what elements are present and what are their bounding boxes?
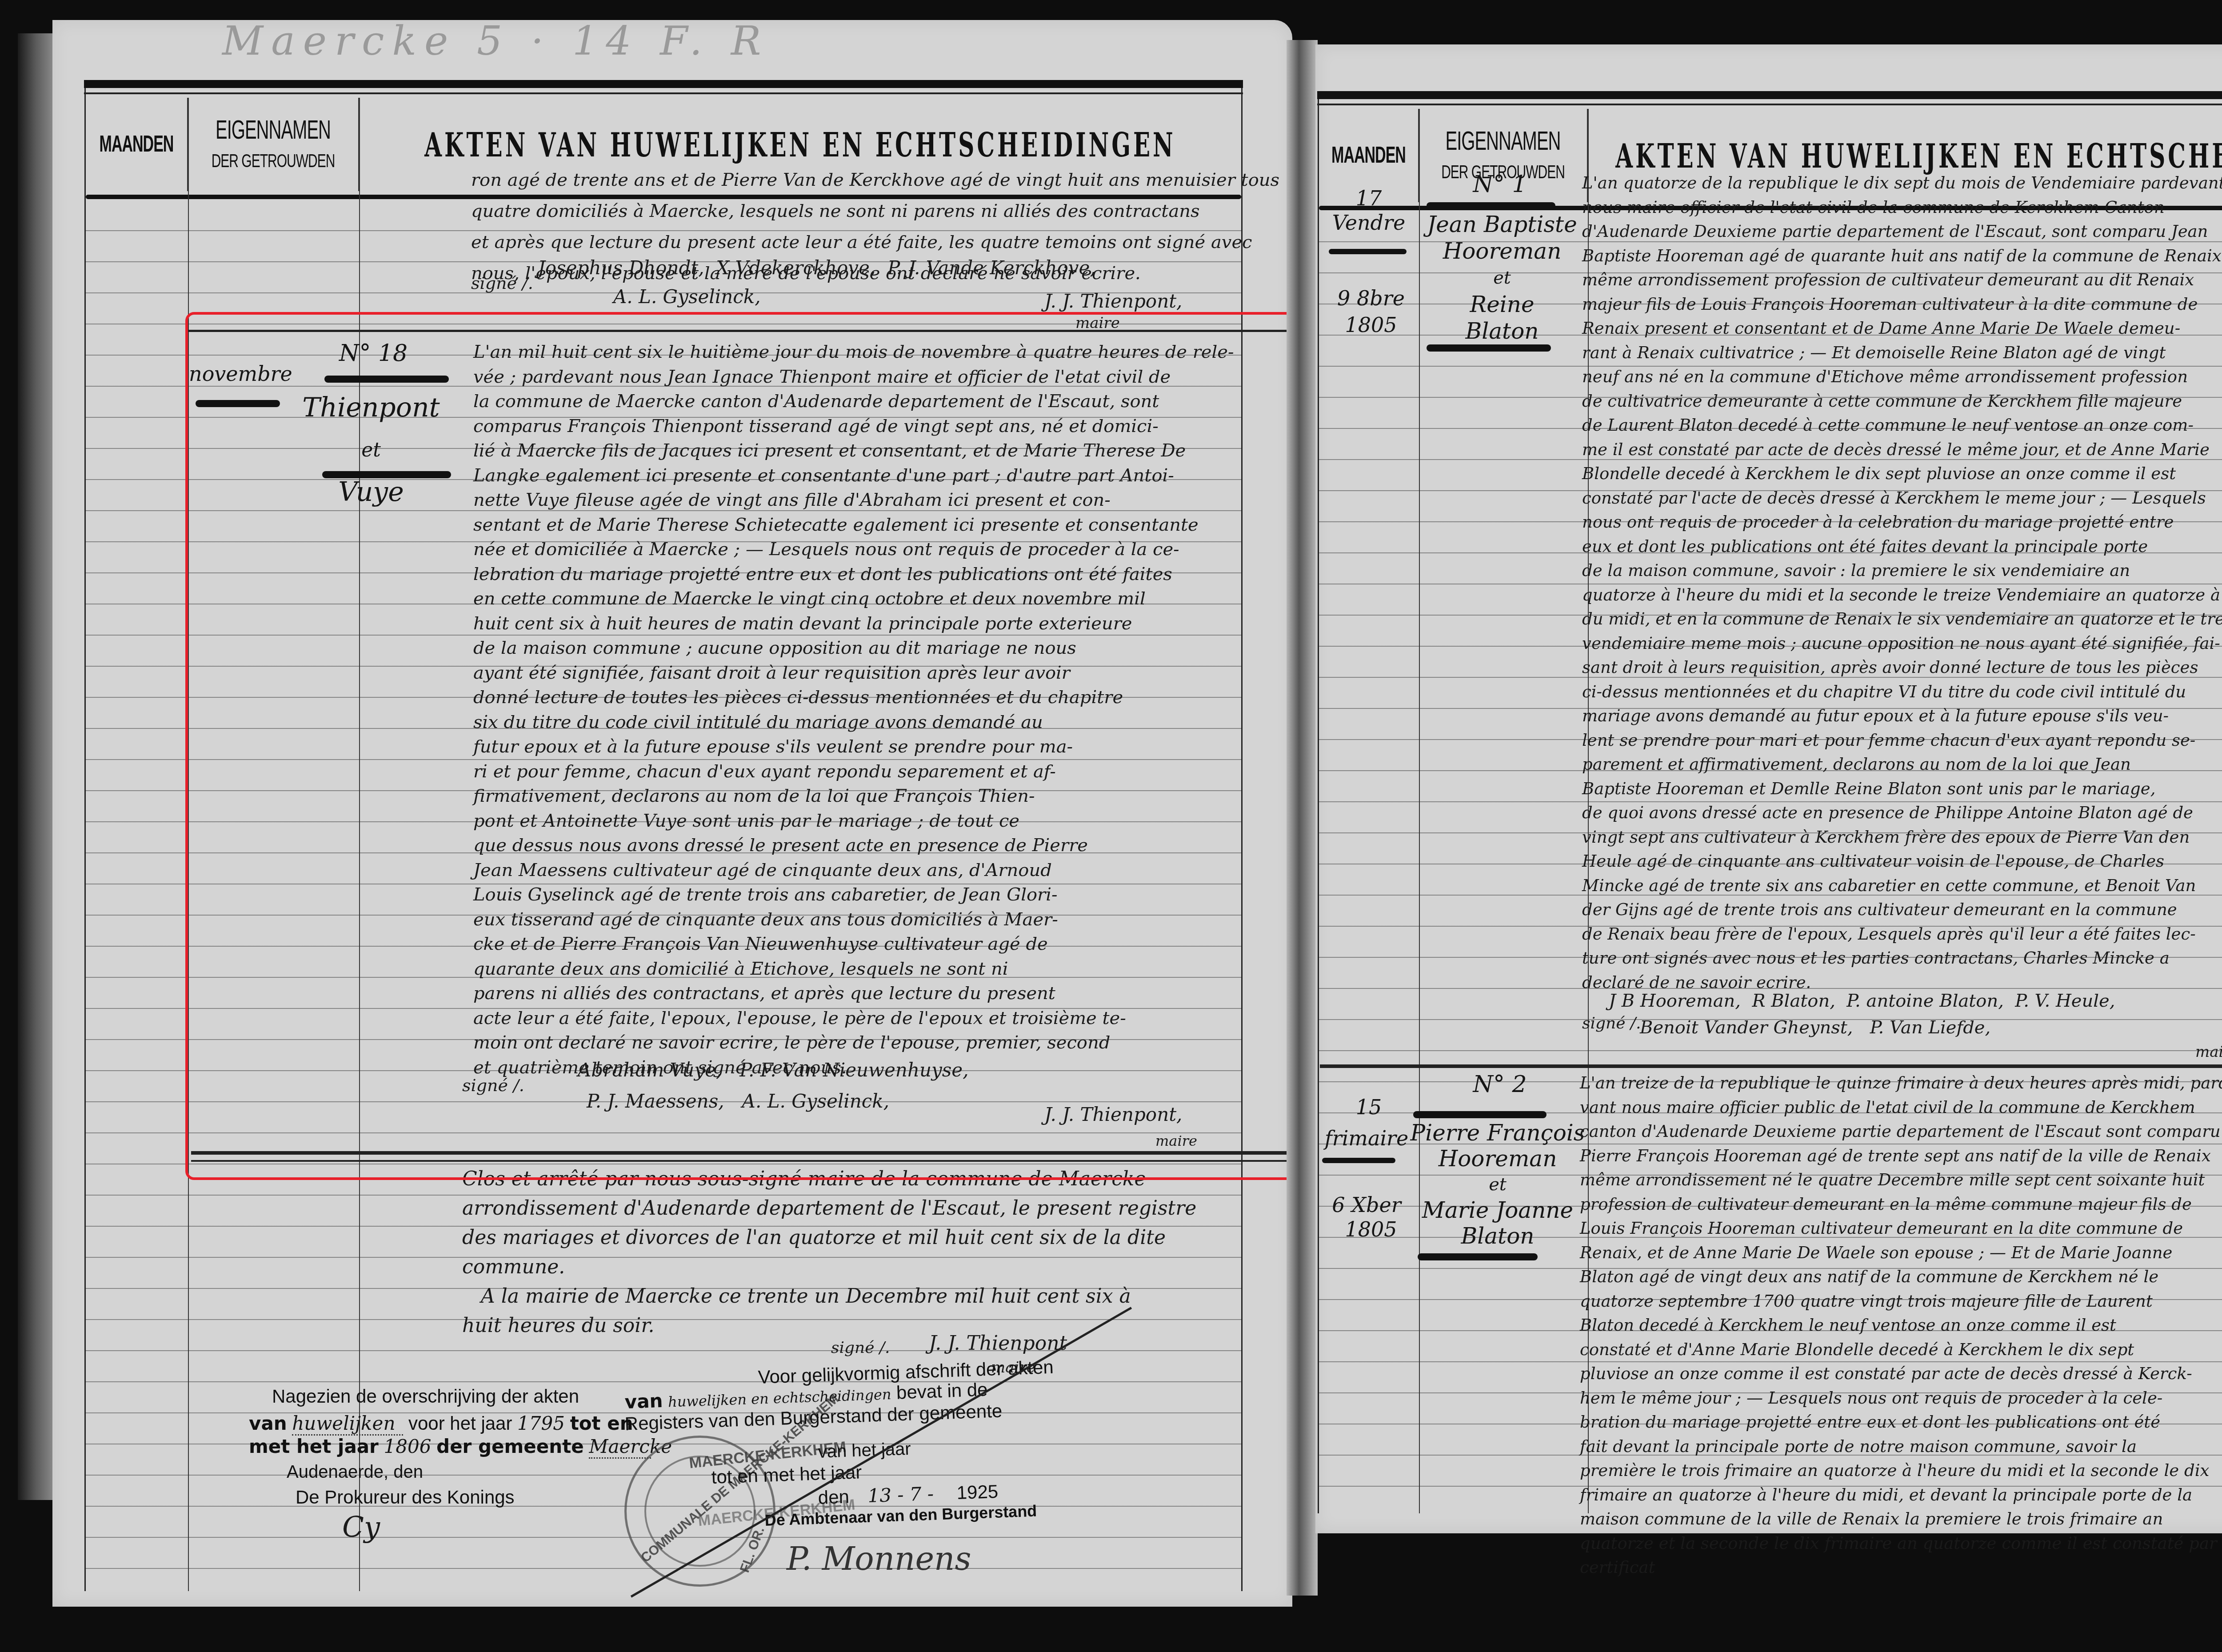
bride-surname: Blaton	[1418, 318, 1587, 344]
entry-2-text: L'an treize de la republique le quinze f…	[1580, 1071, 2222, 1580]
cert-left-place: Audenaerde, den	[287, 1462, 423, 1482]
register-title: AKTEN VAN HUWELIJKEN EN ECHTSCHEIDINGEN	[1615, 136, 2222, 176]
cert-right-signature: P. Monnens	[787, 1542, 971, 1576]
groom-surname: Hooreman	[1409, 1146, 1587, 1172]
pencil-annotation: Maercke 5 · 14 F. R	[222, 18, 769, 64]
header-top-rule	[1317, 91, 2222, 105]
month-underline	[1322, 1158, 1395, 1163]
entry-1-text: L'an quatorze de la republique le dix se…	[1582, 171, 2222, 995]
header-col-months: MAANDEN	[86, 98, 188, 191]
entry-2-gregorian-year: 1805	[1327, 1216, 1415, 1243]
register-closing-text: Clos et arrêté par nous sous-signé maire…	[462, 1164, 1324, 1340]
cert-left-year-to: 1806	[384, 1436, 432, 1457]
cert-right-van: van	[624, 1390, 663, 1413]
groom-first-names: Pierre François	[1409, 1120, 1587, 1146]
entry-1-gregorian-year: 1805	[1327, 311, 1415, 339]
bride-surname: Blaton	[1409, 1223, 1587, 1249]
entry-1-signatures-line2: Benoit Vander Gheynst, P. Van Liefde,	[1640, 1011, 1990, 1044]
groom-first-names: Jean Baptiste	[1418, 211, 1587, 238]
cert-right-den: den	[818, 1486, 850, 1508]
entry-1-number: N° 1	[1420, 171, 1580, 198]
entry-1-republican-month: Vendre	[1324, 209, 1413, 236]
header-names-label: EIGENNAMEN	[216, 115, 331, 145]
cert-left-type: huwelijken	[292, 1412, 403, 1436]
header-months-label: MAANDEN	[1331, 143, 1406, 169]
names-top-rule	[1413, 1111, 1547, 1118]
cert-left-signature: Cy	[342, 1511, 380, 1544]
previous-signatures-line2: A. L. Gyselinck,	[613, 280, 761, 313]
previous-signed-label: signé /.	[471, 267, 533, 300]
header-months-label: MAANDEN	[100, 132, 174, 158]
bride-first-name: Reine	[1418, 291, 1587, 318]
cert-left-met: met het jaar	[249, 1436, 379, 1457]
previous-signatures-line1: Josephus Dhondt, X Vdekerckhove, P. J. V…	[538, 251, 1096, 284]
cert-left-voor: voor het jaar	[408, 1413, 512, 1434]
entry-2-names: Pierre François Hooreman et Marie Joanne…	[1409, 1120, 1587, 1249]
entry-1-mayor-title: maire	[2195, 1036, 2222, 1069]
names-conjunction: et	[1418, 264, 1587, 291]
cert-left-line2: van huwelijken voor het jaar 1795 tot en	[249, 1412, 633, 1436]
register-title: AKTEN VAN HUWELIJKEN EN ECHTSCHEIDINGEN	[424, 125, 1176, 164]
cert-left-year-from: 1795	[517, 1412, 565, 1434]
book-gutter	[1287, 40, 1318, 1596]
header-col-names: EIGENNAMEN DER GETROUWDEN	[188, 98, 359, 191]
cert-left-van: van	[249, 1412, 287, 1434]
bride-first-names: Marie Joanne	[1409, 1197, 1587, 1223]
header-top-rule	[84, 80, 1243, 94]
names-conjunction: et	[1409, 1172, 1587, 1197]
cert-left-gemeente: der gemeente	[436, 1436, 584, 1457]
cert-right-date-year: 1925	[956, 1481, 999, 1503]
entry-2-republican-day: 15	[1324, 1093, 1413, 1121]
names-bottom-rule	[1427, 344, 1551, 352]
header-names-label: EIGENNAMEN	[1446, 126, 1561, 156]
entry-2-gregorian-date: 6 Xber	[1322, 1191, 1411, 1219]
names-bottom-rule	[1418, 1253, 1538, 1260]
cert-right-date-value: 13 - 7 -	[867, 1483, 934, 1507]
header-names-sublabel: DER GETROUWDEN	[212, 151, 335, 172]
entry-18-highlight	[185, 312, 1333, 1180]
closing-signed-label: signé /.	[831, 1331, 890, 1364]
entry-1-gregorian-date: 9 8bre	[1327, 284, 1415, 312]
cert-left-official: De Prokureur des Konings	[296, 1487, 515, 1508]
entry-2-number: N° 2	[1420, 1071, 1580, 1098]
entry-2-republican-month: frimaire	[1322, 1124, 1411, 1152]
cert-left-line1: Nagezien de overschrijving der akten	[272, 1386, 579, 1407]
entry-separator	[1320, 1064, 2222, 1068]
names-top-rule	[1427, 202, 1555, 209]
cert-left-municipality: Maercke	[589, 1436, 651, 1459]
cert-left-line3: met het jaar 1806 der gemeente Maercke	[249, 1436, 651, 1459]
cert-left-toten: tot en	[570, 1412, 633, 1434]
entry-1-names: Jean Baptiste Hooreman et Reine Blaton	[1418, 211, 1587, 344]
entry-1-republican-day: 17	[1324, 184, 1413, 212]
groom-surname: Hooreman	[1418, 238, 1587, 264]
month-underline	[1329, 249, 1407, 254]
